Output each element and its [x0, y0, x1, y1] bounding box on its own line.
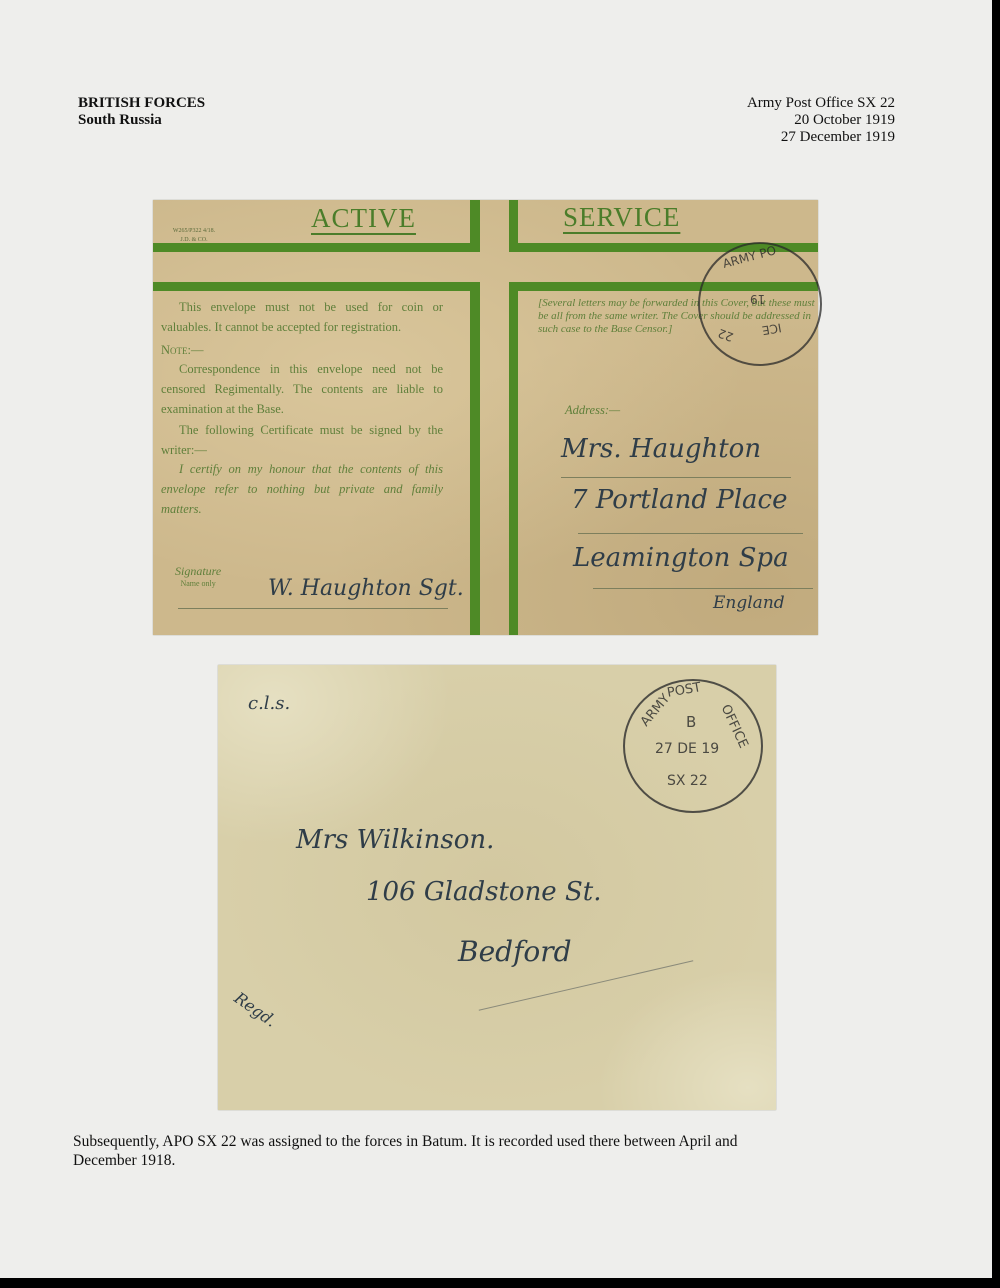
page-heading: BRITISH FORCES South Russia — [78, 95, 205, 129]
address-line: Leamington Spa — [573, 543, 789, 573]
imprint-line: J.D. & CO. — [159, 236, 229, 245]
instruction-para: This envelope must not be used for coin … — [161, 298, 443, 338]
imprint-line: W265/P322 4/18. — [159, 227, 229, 236]
address-line: Bedford — [458, 935, 572, 968]
green-band — [509, 282, 518, 635]
date-1: 20 October 1919 — [747, 112, 895, 129]
postmark-office: SX 22 — [667, 773, 708, 789]
postmark-text: 22 — [716, 326, 735, 344]
postmark-circular: ARMY POST OFFICE B 27 DE 19 SX 22 — [623, 679, 763, 813]
address-line: Mrs. Haughton — [561, 434, 761, 464]
margin-note: Regd. — [231, 988, 280, 1031]
corner-note: c.l.s. — [248, 693, 290, 714]
caption-line: Subsequently, APO SX 22 was assigned to … — [73, 1132, 923, 1151]
green-band — [153, 282, 480, 291]
postmark-letter: B — [686, 713, 696, 731]
postmark-text: ICE — [761, 320, 783, 337]
postmark-text: OFFICE — [718, 702, 751, 750]
green-band — [470, 282, 480, 635]
title-service: SERVICE — [563, 202, 680, 233]
postmark-circular: ARMY PO ICE 22 19 — [698, 242, 822, 366]
address-rule — [593, 588, 813, 589]
date-2: 27 December 1919 — [747, 129, 895, 146]
active-service-envelope: W265/P322 4/18. J.D. & CO. ACTIVE SERVIC… — [153, 200, 818, 635]
address-line: England — [713, 593, 785, 613]
postmark-date: 27 DE 19 — [655, 741, 719, 757]
address-rule — [561, 477, 791, 478]
signature-label-block: Signature Name only — [175, 564, 221, 588]
signature-line — [178, 608, 448, 609]
envelope-instructions: This envelope must not be used for coin … — [161, 298, 443, 520]
page-heading-right: Army Post Office SX 22 20 October 1919 2… — [747, 95, 895, 146]
address-rule — [578, 533, 803, 534]
printer-imprint: W265/P322 4/18. J.D. & CO. — [159, 227, 229, 245]
album-page: BRITISH FORCES South Russia Army Post Of… — [0, 0, 992, 1278]
signature-sublabel: Name only — [175, 579, 221, 588]
address-line: 7 Portland Place — [571, 485, 788, 515]
plain-envelope: c.l.s. ARMY POST OFFICE B 27 DE 19 SX 22… — [218, 665, 776, 1110]
instruction-para: The following Certificate must be signed… — [161, 421, 443, 461]
heading-title: BRITISH FORCES — [78, 95, 205, 112]
certificate-text: I certify on my honour that the contents… — [161, 460, 443, 519]
signature-handwritten: W. Haughton Sgt. — [268, 576, 464, 601]
apo-label: Army Post Office SX 22 — [747, 95, 895, 112]
instruction-para: Correspondence in this envelope need not… — [161, 360, 443, 419]
address-line: 106 Gladstone St. — [366, 877, 602, 907]
address-line: Mrs Wilkinson. — [296, 825, 494, 855]
signature-label: Signature — [175, 564, 221, 579]
heading-subtitle: South Russia — [78, 112, 205, 129]
postmark-text: 19 — [750, 292, 765, 306]
page-caption: Subsequently, APO SX 22 was assigned to … — [73, 1132, 923, 1170]
address-label: Address:— — [565, 403, 620, 418]
title-active: ACTIVE — [311, 203, 416, 234]
note-label: Note:— — [161, 341, 443, 361]
green-band — [470, 200, 480, 252]
postmark-text: POST — [666, 680, 702, 701]
caption-line: December 1918. — [73, 1151, 923, 1170]
